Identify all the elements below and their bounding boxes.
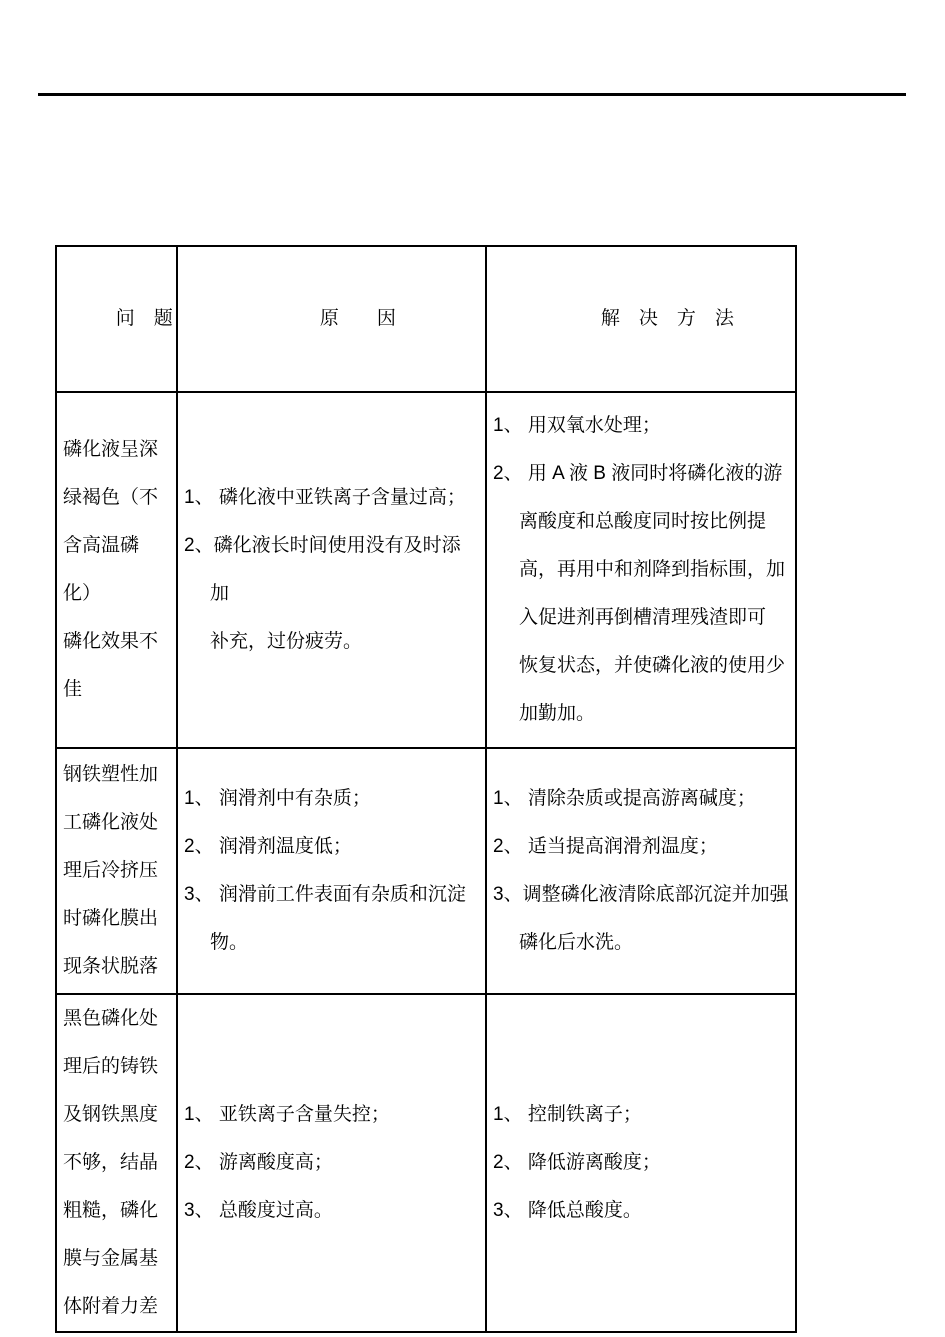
solution-item: 3、 降低总酸度。 [493, 1187, 789, 1235]
header-cause: 原 因 [177, 246, 486, 392]
troubleshooting-table: 问 题 原 因 解 决 方 法 磷化液呈深 绿褐色（不 含高温磷 化） 磷化效果… [55, 245, 797, 1333]
table-row: 磷化液呈深 绿褐色（不 含高温磷 化） 磷化效果不 佳 1、 磷化液中亚铁离子含… [56, 392, 796, 748]
cause-item: 1、 磷化液中亚铁离子含量过高； [184, 474, 479, 522]
solution-item: 2、 降低游离酸度； [493, 1139, 789, 1187]
cause-item: 1、 润滑剂中有杂质； [184, 775, 479, 823]
solution-item: 2、 适当提高润滑剂温度； [493, 823, 789, 871]
cause-cell: 1、 磷化液中亚铁离子含量过高； 2、磷化液长时间使用没有及时添加 补充，过份疲… [177, 392, 486, 748]
cause-cell: 1、 亚铁离子含量失控； 2、 游离酸度高； 3、 总酸度过高。 [177, 994, 486, 1332]
document-page: 问 题 原 因 解 决 方 法 磷化液呈深 绿褐色（不 含高温磷 化） 磷化效果… [0, 0, 945, 1337]
cause-item: 1、 亚铁离子含量失控； [184, 1091, 479, 1139]
header-solution-label: 解 决 方 法 [601, 308, 734, 329]
cause-item: 2、磷化液长时间使用没有及时添加 补充，过份疲劳。 [184, 522, 479, 666]
problem-cell: 磷化液呈深 绿褐色（不 含高温磷 化） 磷化效果不 佳 [56, 392, 177, 748]
solution-cell: 1、 用双氧水处理； 2、 用 A 液 B 液同时将磷化液的游 离酸度和总酸度同… [486, 392, 796, 748]
header-problem-label: 问 题 [116, 308, 173, 329]
problem-text: 钢铁塑性加 工磷化液处 理后冷挤压 时磷化膜出 现条状脱落 [63, 751, 170, 991]
header-problem: 问 题 [56, 246, 177, 392]
solution-item: 1、 清除杂质或提高游离碱度； [493, 775, 789, 823]
table-header-row: 问 题 原 因 解 决 方 法 [56, 246, 796, 392]
solution-cell: 1、 控制铁离子； 2、 降低游离酸度； 3、 降低总酸度。 [486, 994, 796, 1332]
problem-cell: 钢铁塑性加 工磷化液处 理后冷挤压 时磷化膜出 现条状脱落 [56, 748, 177, 994]
problem-text: 黑色磷化处 理后的铸铁 及钢铁黑度 不够，结晶 粗糙，磷化 膜与金属基 体附着力… [63, 995, 170, 1331]
cause-item: 3、 总酸度过高。 [184, 1187, 479, 1235]
cause-item: 3、 润滑前工件表面有杂质和沉淀 物。 [184, 871, 479, 967]
header-solution: 解 决 方 法 [486, 246, 796, 392]
header-cause-label: 原 因 [320, 308, 396, 329]
cause-cell: 1、 润滑剂中有杂质； 2、 润滑剂温度低； 3、 润滑前工件表面有杂质和沉淀 … [177, 748, 486, 994]
header-rule [38, 93, 906, 96]
table-row: 黑色磷化处 理后的铸铁 及钢铁黑度 不够，结晶 粗糙，磷化 膜与金属基 体附着力… [56, 994, 796, 1332]
solution-item: 2、 用 A 液 B 液同时将磷化液的游 离酸度和总酸度同时按比例提 高，再用中… [493, 450, 789, 738]
cause-item: 2、 游离酸度高； [184, 1139, 479, 1187]
problem-cell: 黑色磷化处 理后的铸铁 及钢铁黑度 不够，结晶 粗糙，磷化 膜与金属基 体附着力… [56, 994, 177, 1332]
solution-item: 1、 用双氧水处理； [493, 402, 789, 450]
cause-item: 2、 润滑剂温度低； [184, 823, 479, 871]
table-row: 钢铁塑性加 工磷化液处 理后冷挤压 时磷化膜出 现条状脱落 1、 润滑剂中有杂质… [56, 748, 796, 994]
solution-cell: 1、 清除杂质或提高游离碱度； 2、 适当提高润滑剂温度； 3、调整磷化液清除底… [486, 748, 796, 994]
problem-text: 磷化液呈深 绿褐色（不 含高温磷 化） 磷化效果不 佳 [63, 426, 170, 714]
solution-item: 1、 控制铁离子； [493, 1091, 789, 1139]
solution-item: 3、调整磷化液清除底部沉淀并加强 磷化后水洗。 [493, 871, 789, 967]
